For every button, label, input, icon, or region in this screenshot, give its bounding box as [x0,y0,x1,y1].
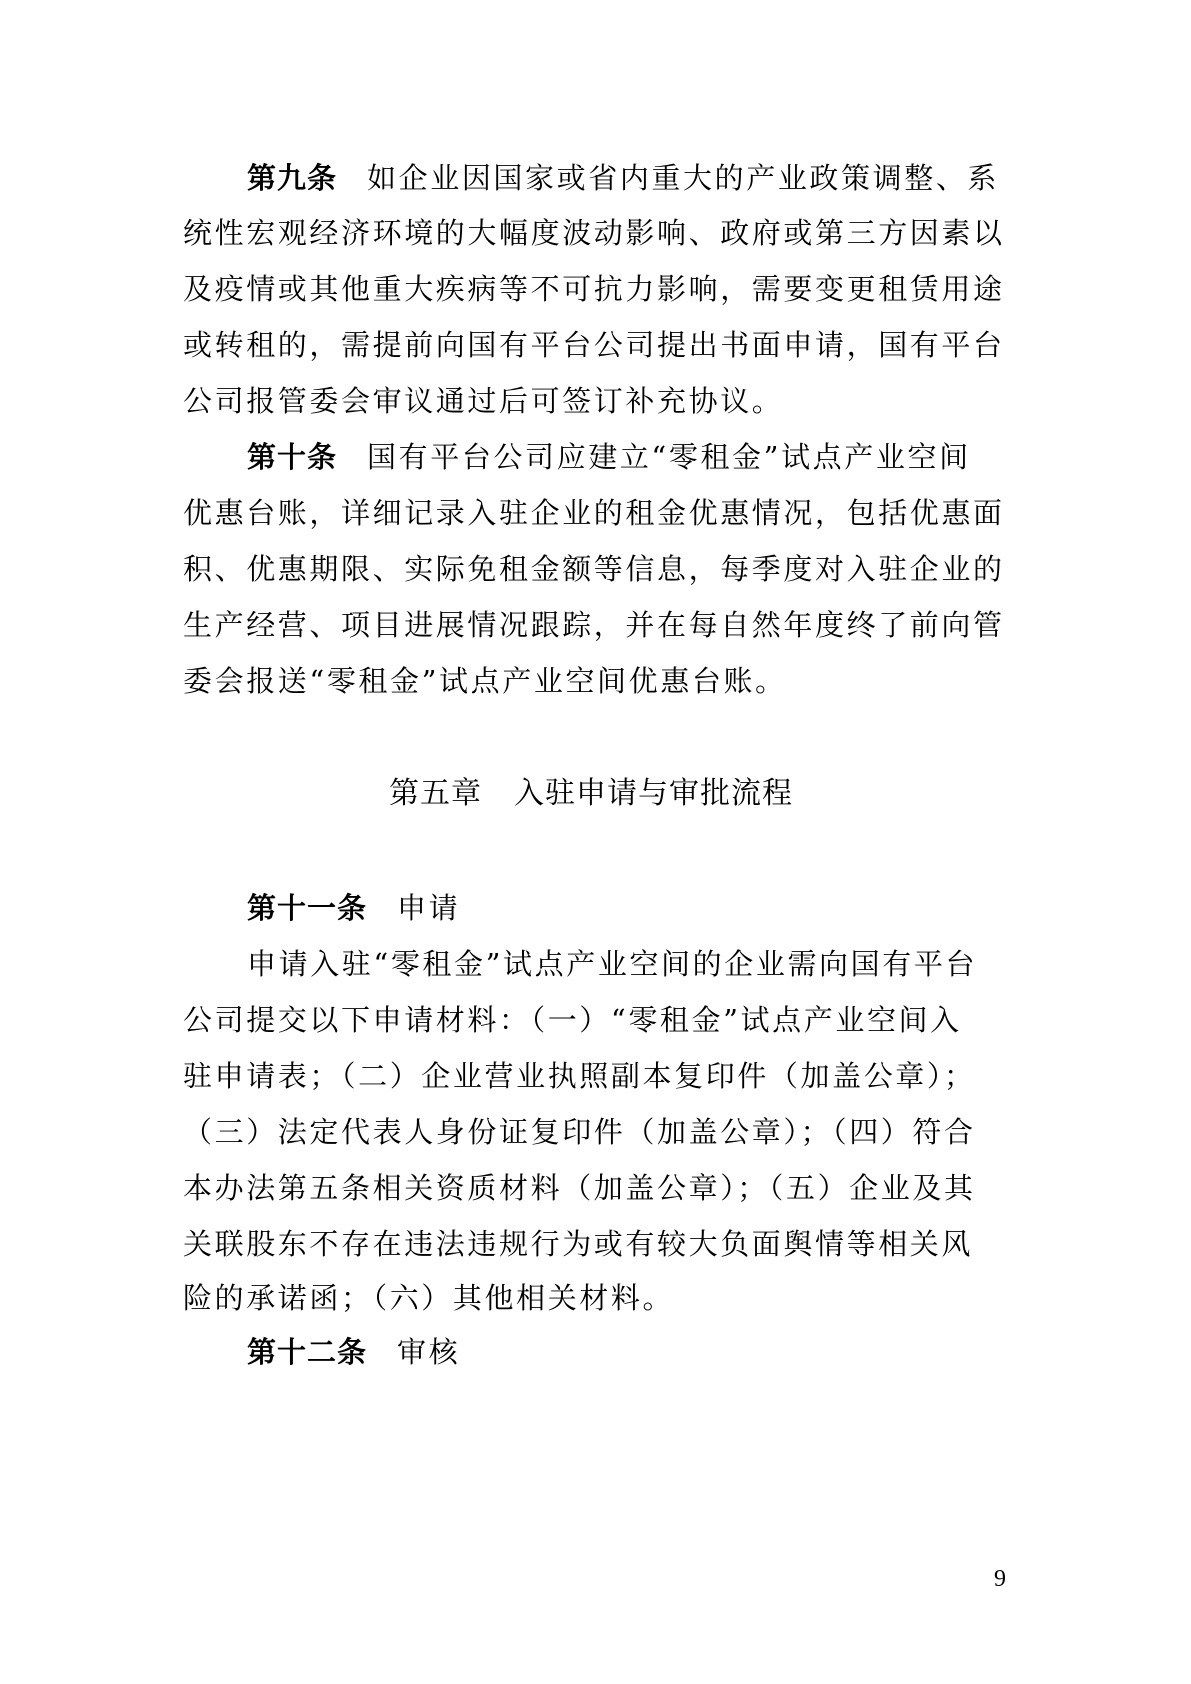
article-10-label: 第十条 [247,440,337,474]
article-9-label: 第九条 [247,161,337,195]
article-11-heading: 申请 [397,891,460,925]
article-11-line-2: 公司提交以下申请材料：（一）“零租金”试点产业空间入 [183,1000,1043,1040]
article-11-line-6: 关联股东不存在违法违规行为或有较大负面舆情等相关风 [183,1224,1043,1264]
article-11-line-7: 险的承诺函；（六）其他相关材料。 [183,1278,1043,1318]
article-9-line-1: 第九条如企业因国家或省内重大的产业政策调整、系 [247,158,1107,198]
article-11-line-3: 驻申请表；（二）企业营业执照副本复印件（加盖公章）； [183,1056,1043,1096]
article-11-heading-line: 第十一条申请 [247,888,1107,928]
article-11-line-5: 本办法第五条相关资质材料（加盖公章）；（五）企业及其 [183,1168,1043,1208]
article-11-label: 第十一条 [247,891,367,925]
article-12-heading-line: 第十二条审核 [247,1332,1107,1372]
chapter-heading: 第五章入驻申请与审批流程 [389,774,793,814]
article-9-line-3: 及疫情或其他重大疾病等不可抗力影响，需要变更租赁用途 [183,269,1043,309]
article-9-line-4: 或转租的，需提前向国有平台公司提出书面申请，国有平台 [183,325,1043,365]
article-10-line-3: 积、优惠期限、实际免租金额等信息，每季度对入驻企业的 [183,549,1043,589]
article-11-line-1: 申请入驻“零租金”试点产业空间的企业需向国有平台 [247,944,1107,984]
article-10-line-1: 第十条国有平台公司应建立“零租金”试点产业空间 [247,437,1107,477]
article-9-line-2: 统性宏观经济环境的大幅度波动影响、政府或第三方因素以 [183,213,1043,253]
chapter-number: 第五章 [389,776,482,811]
page-number: 9 [994,1564,1006,1594]
article-10-line-5: 委会报送“零租金”试点产业空间优惠台账。 [183,661,1043,701]
article-10-text: 国有平台公司应建立“零租金”试点产业空间 [367,440,971,474]
article-12-label: 第十二条 [247,1335,367,1369]
article-10-line-2: 优惠台账，详细记录入驻企业的租金优惠情况，包括优惠面 [183,493,1043,533]
chapter-title: 入驻申请与审批流程 [514,776,793,811]
article-11-line-4: （三）法定代表人身份证复印件（加盖公章）；（四）符合 [183,1112,1043,1152]
article-9-line-5: 公司报管委会审议通过后可签订补充协议。 [183,381,1043,421]
article-12-heading: 审核 [397,1335,460,1369]
article-10-line-4: 生产经营、项目进展情况跟踪，并在每自然年度终了前向管 [183,605,1043,645]
article-9-text: 如企业因国家或省内重大的产业政策调整、系 [367,161,999,195]
document-page: 第九条如企业因国家或省内重大的产业政策调整、系 统性宏观经济环境的大幅度波动影响… [0,0,1191,1684]
